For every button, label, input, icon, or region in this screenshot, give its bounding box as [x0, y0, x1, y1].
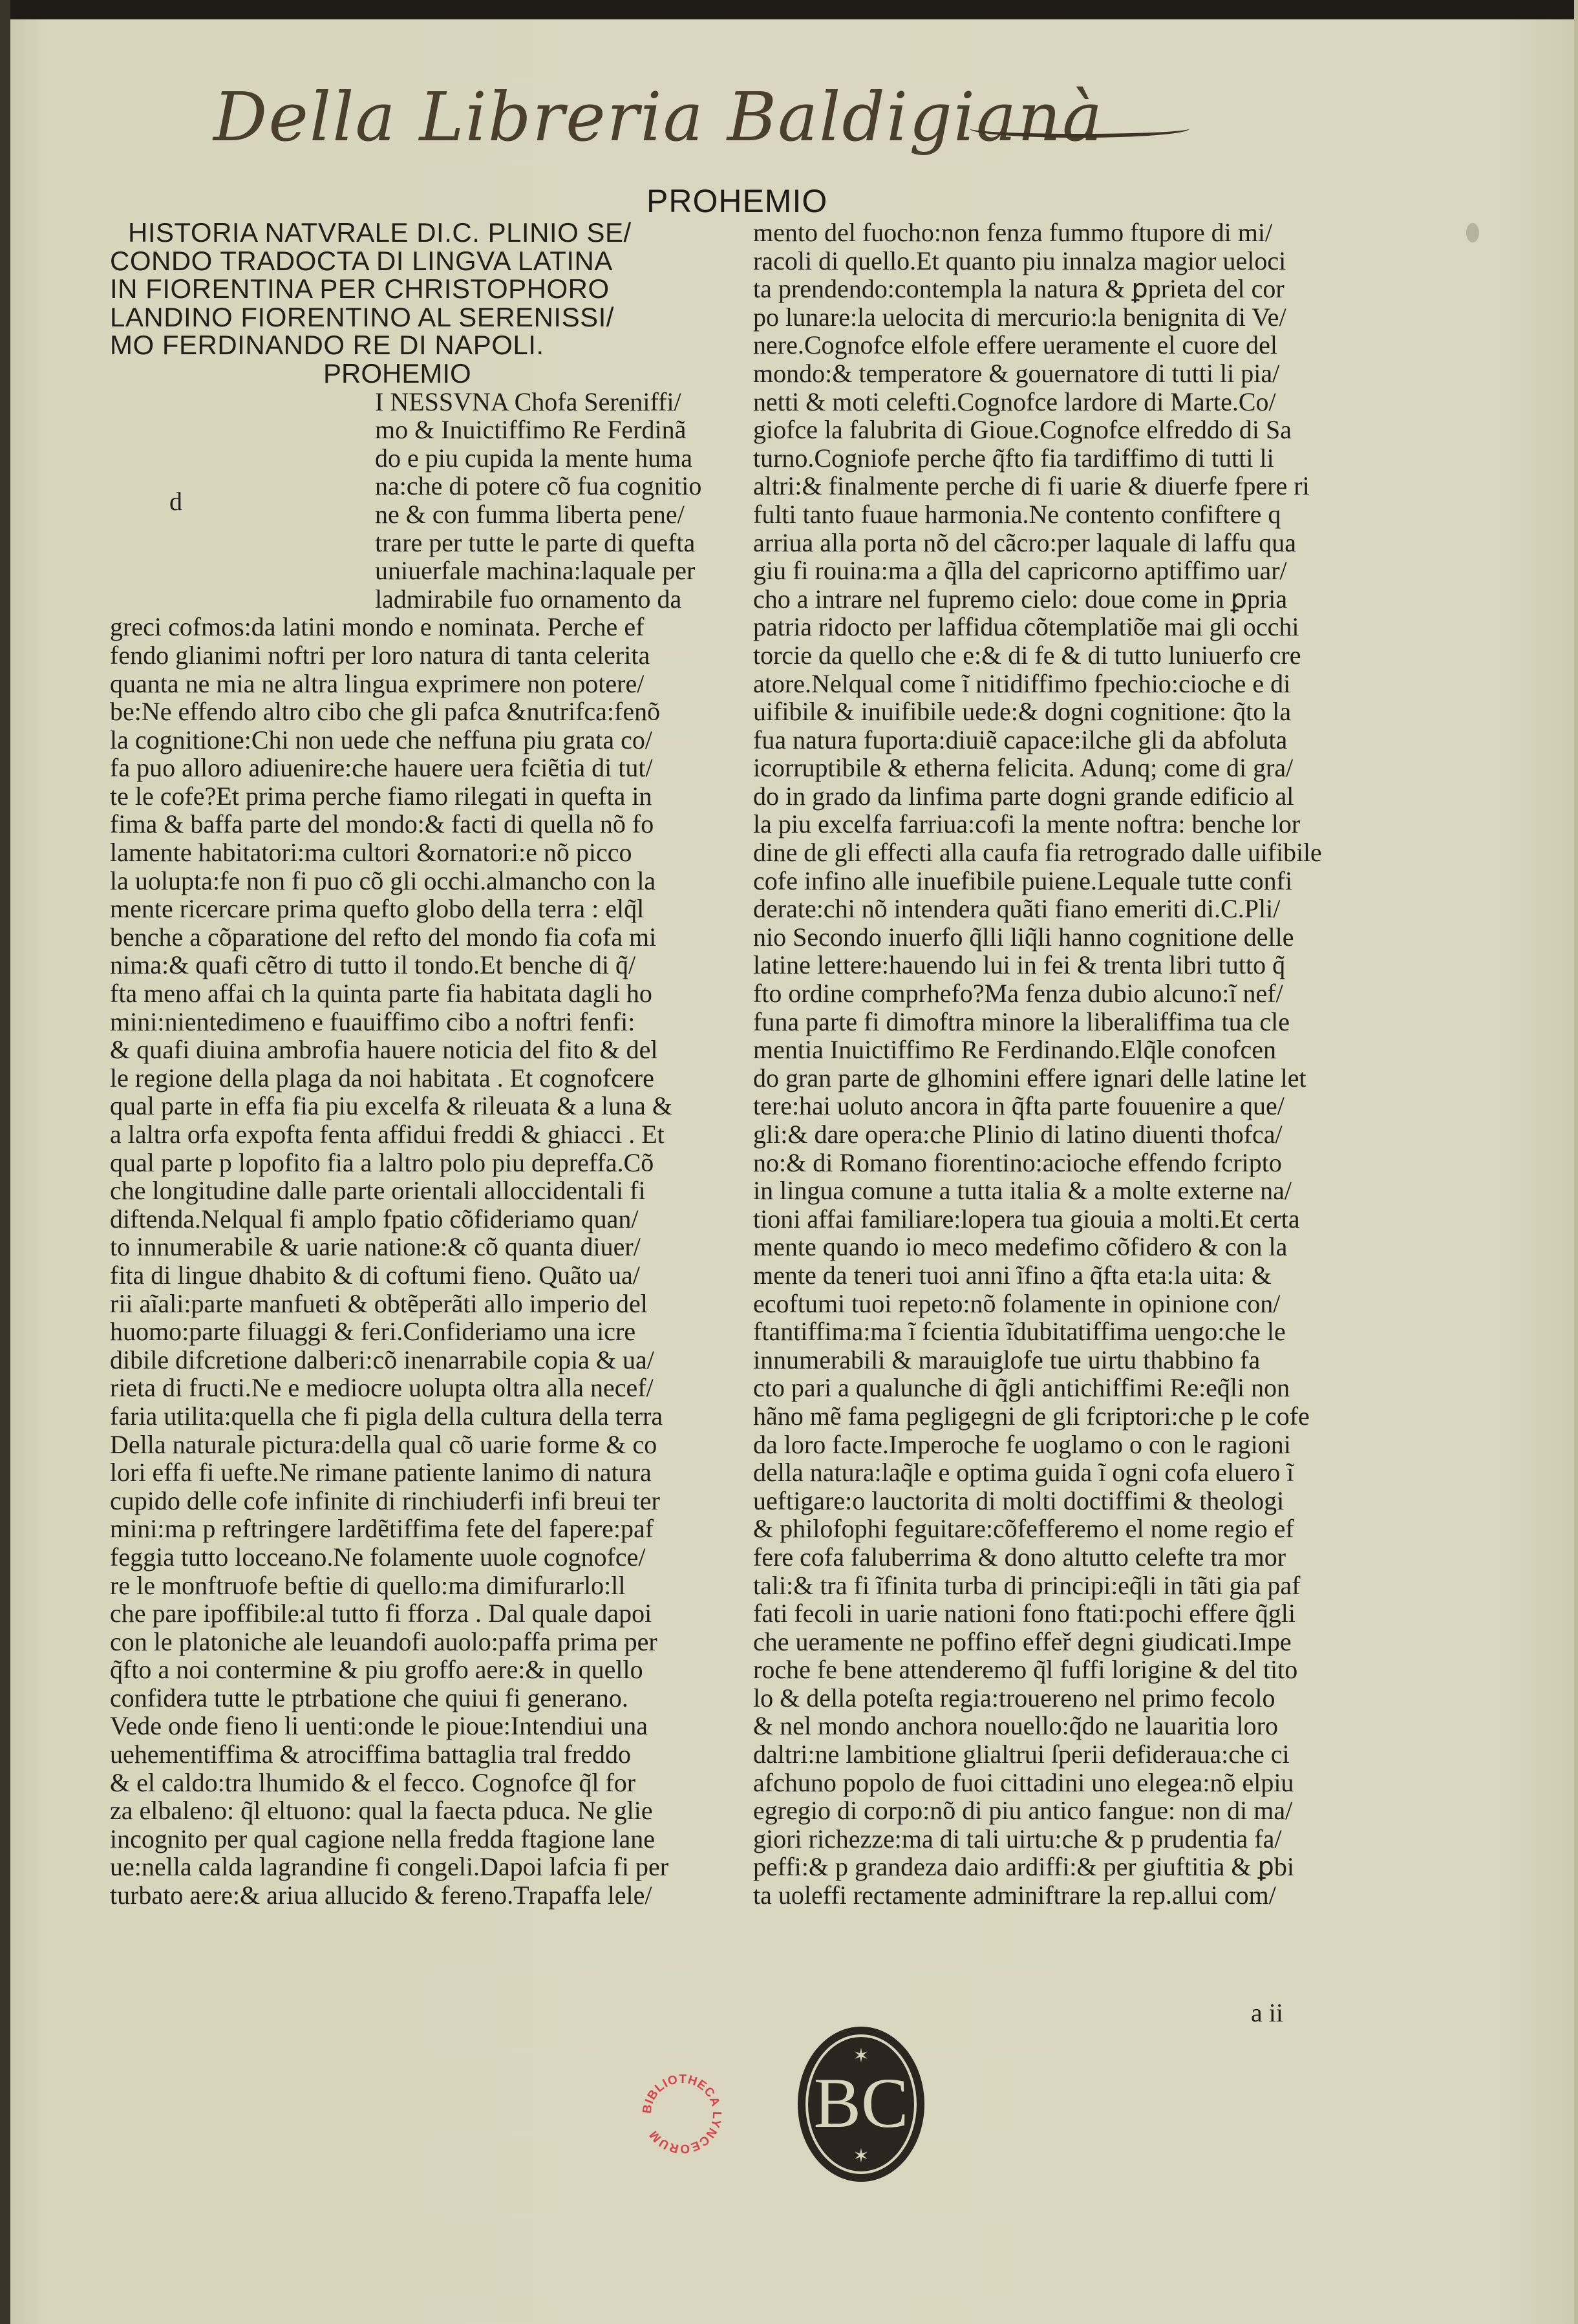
- text-line: cupido delle cofe infinite di rinchiuder…: [110, 1487, 721, 1515]
- text-line: cto pari a qualunche di q̃gli antichiffi…: [753, 1374, 1322, 1402]
- text-line: & quafi diuina ambrofia hauere noticia d…: [110, 1036, 721, 1064]
- text-line: fa puo alloro adiuenire:che hauere uera …: [110, 754, 721, 782]
- scan-left-edge: [0, 0, 10, 2324]
- text-line: cofe infino alle inuefibile puiene.Lequa…: [753, 867, 1322, 895]
- text-line: Della naturale pictura:della qual cõ uar…: [110, 1431, 721, 1459]
- text-line: tere:hai uoluto ancora in q̃fta parte fo…: [753, 1092, 1322, 1120]
- text-line: fendo glianimi noftri per loro natura di…: [110, 641, 721, 670]
- text-line: che longitudine dalle parte orientali al…: [110, 1177, 721, 1205]
- title-line: IN FIORENTINA PER CHRISTOPHORO: [110, 275, 721, 303]
- text-line: & nel mondo anchora nouello:q̃do ne laua…: [753, 1712, 1322, 1740]
- text-line: fita di lingue dhabito & di coftumi fien…: [110, 1261, 721, 1290]
- indented-opening: I NESSVNA Chofa Sereniffi/mo & Inuictiff…: [110, 388, 721, 613]
- text-line: nima:& quafi cẽtro di tutto il tondo.Et …: [110, 951, 721, 979]
- text-line: fere cofa faluberrima & dono altutto cel…: [753, 1543, 1322, 1572]
- text-line: fua natura fuporta:diuiẽ capace:ilche gl…: [753, 726, 1322, 754]
- text-line: mini:nientedimeno e fuauiffimo cibo a no…: [110, 1008, 721, 1036]
- text-line: a laltra orfa expofta fenta affidui fred…: [110, 1120, 721, 1149]
- text-line: greci cofmos:da latini mondo e nominata.…: [110, 613, 721, 641]
- text-line: mente quando io meco medefimo cõfidero &…: [753, 1233, 1322, 1261]
- text-line: q̃fto a noi contermine & piu groffo aere…: [110, 1656, 721, 1684]
- text-line: turbato aere:& ariua allucido & fereno.T…: [110, 1881, 721, 1910]
- bc-monogram-stamp: ✶ ✶ BC: [795, 2023, 928, 2185]
- text-line: & el caldo:tra lhumido & el fecco. Cogno…: [110, 1769, 721, 1797]
- signature-mark: a ii: [1251, 1998, 1283, 2028]
- text-line: roche fe bene attenderemo q̃l fuffi lori…: [753, 1656, 1322, 1684]
- svg-text:BIBLIOTHECA LYNCEORUM: BIBLIOTHECA LYNCEORUM: [641, 2073, 724, 2156]
- left-body: greci cofmos:da latini mondo e nominata.…: [110, 613, 721, 1909]
- text-line: & philofophi feguitare:cõfefferemo el no…: [753, 1515, 1322, 1543]
- text-line: qual parte in effa fia piu excelfa & ril…: [110, 1092, 721, 1120]
- text-line: benche a cõparatione del refto del mondo…: [110, 923, 721, 952]
- text-line: confidera tutte le ptrbatione che quiui …: [110, 1684, 721, 1712]
- text-line: icorruptibile & etherna felicita. Adunq;…: [753, 754, 1322, 782]
- text-line: mentia Inuictiffimo Re Ferdinando.Elq̃le…: [753, 1036, 1322, 1064]
- text-line: diftenda.Nelqual fi amplo fpatio cõfider…: [110, 1205, 721, 1233]
- text-line: lamente habitatori:ma cultori &ornatori:…: [110, 838, 721, 867]
- text-line: ta uoleffi rectamente adminiftrare la re…: [753, 1881, 1322, 1910]
- text-line: quanta ne mia ne altra lingua exprimere …: [110, 670, 721, 698]
- text-line: atore.Nelqual come ĩ nitidiffimo fpechio…: [753, 670, 1322, 698]
- star-icon: ✶: [853, 2146, 869, 2167]
- text-line: che ueramente ne poffino effeř degni giu…: [753, 1628, 1322, 1656]
- text-line: mondo:& temperatore & gouernatore di tut…: [753, 359, 1322, 388]
- text-line: do in grado da linfima parte dogni grand…: [753, 782, 1322, 811]
- text-line: la uolupta:fe non fi puo cõ gli occhi.al…: [110, 867, 721, 895]
- text-line: da loro facte.Imperoche fe uoglamo o con…: [753, 1431, 1322, 1459]
- ownership-inscription: Della Libreria Baldigianà: [213, 78, 1104, 156]
- text-line: tioni affai familiare:lopera tua giouia …: [753, 1205, 1322, 1233]
- text-line: no:& di Romano fiorentino:acioche effend…: [753, 1149, 1322, 1177]
- text-line: turno.Cogniofe perche q̃fto fia tardiffi…: [753, 444, 1322, 473]
- text-line: mente da teneri tuoi anni ĩfino a q̃fta …: [753, 1261, 1322, 1290]
- text-line: netti & moti celefti.Cognofce lardore di…: [753, 388, 1322, 416]
- red-library-stamp: BIBLIOTHECA LYNCEORUM: [637, 2069, 727, 2159]
- text-line: fima & baffa parte del mondo:& facti di …: [110, 810, 721, 838]
- text-line: giori richezze:ma di tali uirtu:che & p …: [753, 1825, 1322, 1853]
- text-line: derate:chi nõ intendera quãti fiano emer…: [753, 895, 1322, 923]
- running-head: PROHEMIO: [646, 182, 827, 220]
- text-line: hãno mẽ fama pegligegni de gli fcriptori…: [753, 1402, 1322, 1431]
- text-line: le regione della plaga da noi habitata .…: [110, 1064, 721, 1093]
- text-line: lo & della poteſta regia:trouereno nel p…: [753, 1684, 1322, 1712]
- text-line: po lunare:la uelocita di mercurio:la ben…: [753, 303, 1322, 332]
- text-line: faria utilita:quella che fi pigla della …: [110, 1402, 721, 1431]
- text-line: ta prendendo:contempla la natura & ꝑprie…: [753, 275, 1322, 303]
- inscription-flourish: [970, 120, 1189, 138]
- title-line: HISTORIA NATVRALE DI.C. PLINIO SE/: [110, 219, 739, 247]
- text-line: Vede onde fieno li uenti:onde le pioue:I…: [110, 1712, 721, 1740]
- text-line: gli:& dare opera:che Plinio di latino di…: [753, 1120, 1322, 1149]
- right-column: mento del fuocho:non fenza fummo ftupore…: [753, 219, 1322, 1910]
- text-line: che pare ipoffibile:al tutto fi fforza .…: [110, 1599, 721, 1628]
- title-line: MO FERDINANDO RE DI NAPOLI.: [110, 331, 721, 359]
- text-line: nere.Cognofce elfole effere ueramente el…: [753, 331, 1322, 359]
- text-line: arriua alla porta nõ del cãcro:per laqua…: [753, 529, 1322, 557]
- text-line: nio Secondo inuerfo q̃lli liq̃li hanno c…: [753, 923, 1322, 952]
- text-line: peffi:& p grandeza daio ardiffi:& per gi…: [753, 1853, 1322, 1881]
- left-column: HISTORIA NATVRALE DI.C. PLINIO SE/ CONDO…: [110, 219, 721, 1910]
- text-line: ue:nella calda lagrandine fi congeli.Dap…: [110, 1853, 721, 1881]
- text-line: racoli di quello.Et quanto piu innalza m…: [753, 247, 1322, 275]
- text-line: to innumerabile & uarie natione:& cõ qua…: [110, 1233, 721, 1261]
- text-line: za elbaleno: q̃l eltuono: qual la faecta…: [110, 1796, 721, 1825]
- text-line: be:Ne effendo altro cibo che gli pafca &…: [110, 698, 721, 726]
- text-line: patria ridocto per laffidua cõtemplatiõe…: [753, 613, 1322, 641]
- scan-top-edge: [0, 0, 1578, 22]
- text-line: rii aĩali:parte manfueti & obtẽperãti al…: [110, 1290, 721, 1318]
- text-line: ftantiffima:ma ĩ fcientia ĩdubitatiffima…: [753, 1317, 1322, 1346]
- text-line: feggia tutto locceano.Ne folamente uuole…: [110, 1543, 721, 1572]
- text-line: la piu excelfa farriua:cofi la mente nof…: [753, 810, 1322, 838]
- text-line: uehementiffima & atrociffima battaglia t…: [110, 1740, 721, 1769]
- text-line: innumerabili & marauiglofe tue uirtu tha…: [753, 1346, 1322, 1374]
- paper-stain: [1466, 223, 1479, 242]
- text-line: egregio di corpo:nõ di piu antico fangue…: [753, 1796, 1322, 1825]
- title-line: CONDO TRADOCTA DI LINGVA LATINA: [110, 247, 721, 275]
- text-line: re le monftruofe beftie di quello:ma dim…: [110, 1572, 721, 1600]
- text-line: fulti tanto fuaue harmonia.Ne contento c…: [753, 500, 1322, 529]
- text-line: uifibile & inuifibile uede:& dogni cogni…: [753, 698, 1322, 726]
- text-line: afchuno popolo de fuoi cittadini uno ele…: [753, 1769, 1322, 1797]
- text-line: in lingua comune a tutta italia & a molt…: [753, 1177, 1322, 1205]
- text-line: mento del fuocho:non fenza fummo ftupore…: [753, 219, 1322, 247]
- text-line: qual parte p lopofito fia a laltro polo …: [110, 1149, 721, 1177]
- text-line: rieta di fructi.Ne e mediocre uolupta ol…: [110, 1374, 721, 1402]
- text-line: do gran parte de glhomini effere ignari …: [753, 1064, 1322, 1093]
- red-stamp-text: BIBLIOTHECA LYNCEORUM: [641, 2073, 724, 2156]
- text-line: latine lettere:hauendo lui in fei & tren…: [753, 951, 1322, 979]
- text-line: dibile difcretione dalberi:cõ inenarrabi…: [110, 1346, 721, 1374]
- text-line: huomo:parte filuaggi & feri.Confideriamo…: [110, 1317, 721, 1346]
- text-line: della natura:laq̃le e optima guida ĩ ogn…: [753, 1458, 1322, 1487]
- text-line: giu fi rouina:ma a q̃lla del capricorno …: [753, 557, 1322, 585]
- title-line: LANDINO FIORENTINO AL SERENISSI/: [110, 303, 721, 332]
- text-line: fto ordine comprhefo?Ma fenza dubio alcu…: [753, 979, 1322, 1008]
- text-line: daltri:ne lambitione glialtrui ſperii de…: [753, 1740, 1322, 1769]
- text-line: giofce la falubrita di Gioue.Cognofce el…: [753, 416, 1322, 444]
- text-line: ecoftumi tuoi repeto:nõ folamente in opi…: [753, 1290, 1322, 1318]
- text-line: altri:& finalmente perche di fi uarie & …: [753, 472, 1322, 500]
- text-line: lori effa fi uefte.Ne rimane patiente la…: [110, 1458, 721, 1487]
- scan-right-edge: [1574, 0, 1578, 2324]
- text-line: con le platoniche ale leuandofi auolo:pa…: [110, 1628, 721, 1656]
- text-line: fati fecoli in uarie nationi fono ftati:…: [753, 1599, 1322, 1628]
- text-line: torcie da quello che e:& di fe & di tutt…: [753, 641, 1322, 670]
- bc-monogram-text: BC: [814, 2063, 909, 2142]
- text-line: mente ricercare prima quefto globo della…: [110, 895, 721, 923]
- text-line: funa parte fi dimoftra minore la liberal…: [753, 1008, 1322, 1036]
- text-line: ueftigare:o lauctorita di molti doctiffi…: [753, 1487, 1322, 1515]
- text-line: la cognitione:Chi non uede che neffuna p…: [110, 726, 721, 754]
- text-line: dine de gli effecti alla caufa fia retro…: [753, 838, 1322, 867]
- text-line: te le cofe?Et prima perche fiamo rilegat…: [110, 782, 721, 811]
- text-line: incognito per qual cagione nella fredda …: [110, 1825, 721, 1853]
- text-line: tali:& tra fi ĩfinita turba di principi:…: [753, 1572, 1322, 1600]
- text-line: mini:ma p reftringere lardẽtiffima fete …: [110, 1515, 721, 1543]
- text-line: cho a intrare nel fupremo cielo: doue co…: [753, 585, 1322, 613]
- text-line: fta meno affai ch la quinta parte fia ha…: [110, 979, 721, 1008]
